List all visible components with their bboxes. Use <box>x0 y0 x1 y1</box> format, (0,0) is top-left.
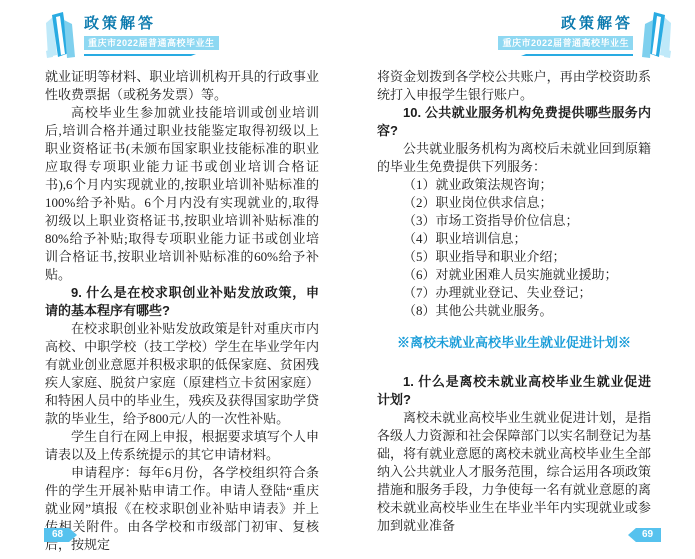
page-header-left: 政策解答 重庆市2022届普通高校毕业生 <box>44 11 225 64</box>
paragraph: 就业证明等材料、职业培训机构开具的行政事业性收费票据（或税务发票）等。 <box>45 68 319 104</box>
question-heading: 9. 什么是在校求职创业补贴发放政策，申请的基本程序有哪些? <box>45 284 319 320</box>
question-heading: 1. 什么是离校未就业高校毕业生就业促进计划? <box>377 373 651 409</box>
paragraph: 公共就业服务机构为离校后未就业回到原籍的毕业生免费提供下列服务： <box>377 140 651 176</box>
header-title: 政策解答 <box>84 15 219 33</box>
left-page-text-column: 就业证明等材料、职业培训机构开具的行政事业性收费票据（或税务发票）等。 高校毕业… <box>45 68 319 554</box>
header-rule <box>84 54 196 56</box>
list-item: （3）市场工资指导价位信息； <box>377 212 651 230</box>
header-subtitle: 重庆市2022届普通高校毕业生 <box>84 36 219 50</box>
list-item: （5）职业指导和职业介绍； <box>377 248 651 266</box>
header-subtitle: 重庆市2022届普通高校毕业生 <box>498 36 633 50</box>
list-item: （2）职业岗位供求信息； <box>377 194 651 212</box>
paragraph: 在校求职创业补贴发放政策是针对重庆市内高校、中职学校（技工学校）学生在毕业学年内… <box>45 320 319 428</box>
paragraph: 离校未就业高校毕业生就业促进计划，是指各级人力资源和社会保障部门以实名制登记为基… <box>377 409 651 535</box>
paragraph: 高校毕业生参加就业技能培训或创业培训后,培训合格并通过职业技能鉴定取得初级以上职… <box>45 104 319 284</box>
paragraph: 申请程序：每年6月份，各学校组织符合条件的学生开展补贴申请工作。申请人登陆“重庆… <box>45 464 319 554</box>
list-item: （4）职业培训信息； <box>377 230 651 248</box>
header-rule <box>521 54 633 56</box>
paragraph: 将资金划拨到各学校公共账户，再由学校资助系统打入申报学生银行账户。 <box>377 68 651 104</box>
list-item: （1）就业政策法规咨询； <box>377 176 651 194</box>
paragraph: 学生自行在网上申报，根据要求填写个人申请表以及上传系统提示的其它申请材料。 <box>45 428 319 464</box>
booklet-logo-icon <box>44 11 78 64</box>
right-page-text-column: 将资金划拨到各学校公共账户，再由学校资助系统打入申报学生银行账户。 10. 公共… <box>377 68 651 535</box>
header-title: 政策解答 <box>498 15 633 33</box>
section-heading: ※离校未就业高校毕业生就业促进计划※ <box>377 334 651 352</box>
page-header-right: 政策解答 重庆市2022届普通高校毕业生 <box>492 11 673 64</box>
list-item: （7）办理就业登记、失业登记； <box>377 284 651 302</box>
booklet-logo-icon <box>639 11 673 64</box>
list-item: （8）其他公共就业服务。 <box>377 302 651 320</box>
list-item: （6）对就业困难人员实施就业援助； <box>377 266 651 284</box>
question-heading: 10. 公共就业服务机构免费提供哪些服务内容? <box>377 104 651 140</box>
